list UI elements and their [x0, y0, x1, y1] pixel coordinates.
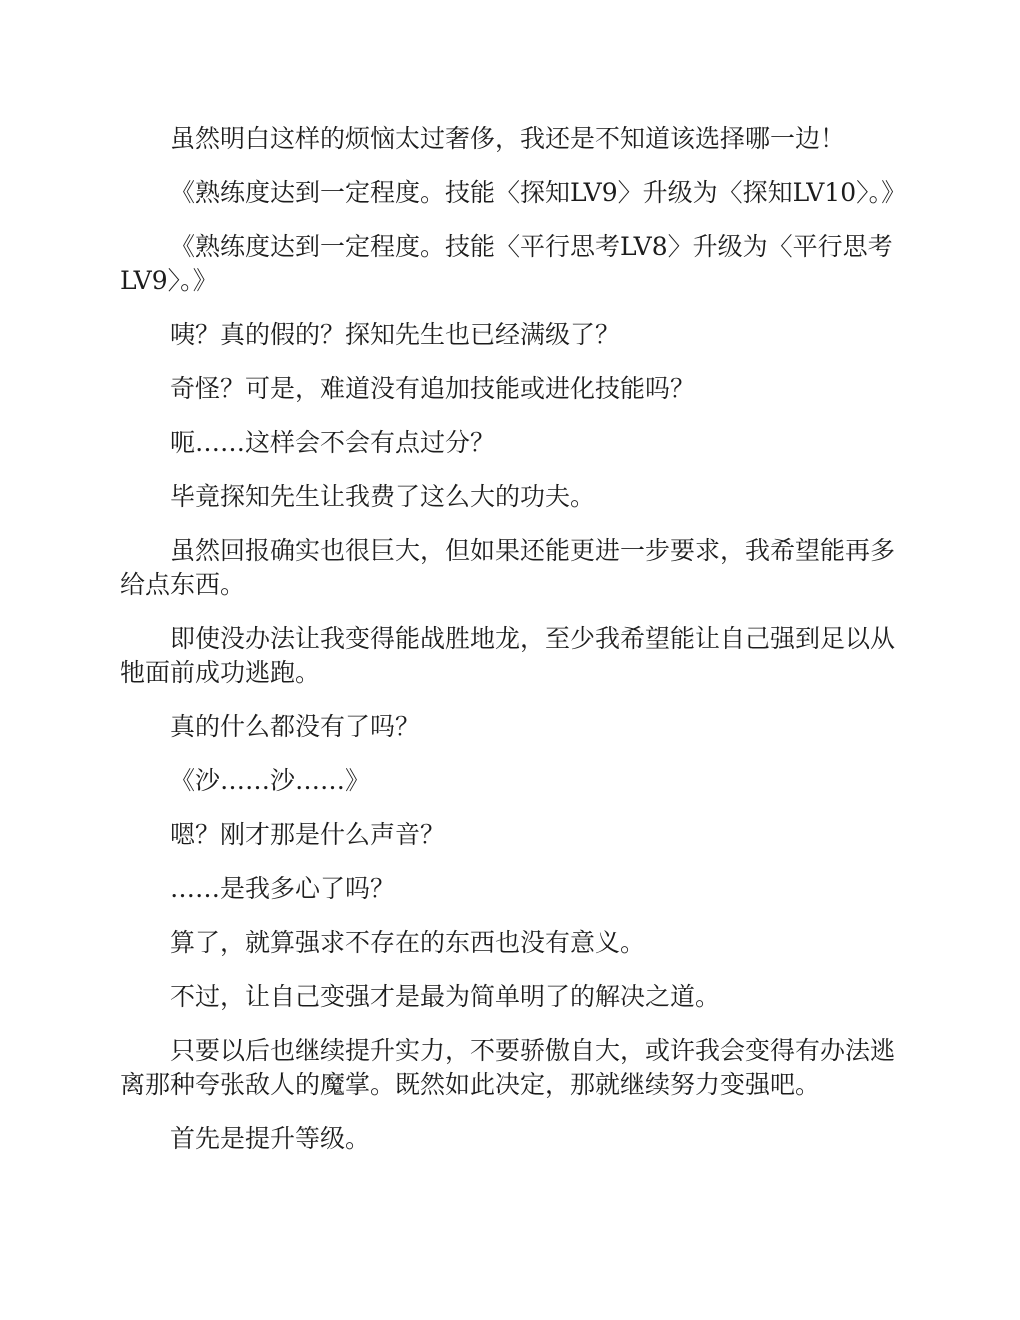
paragraph: 毕竟探知先生让我费了这么大的功夫。	[120, 480, 900, 514]
paragraph: 首先是提升等级。	[120, 1122, 900, 1156]
paragraph: 嗯？刚才那是什么声音？	[120, 818, 900, 852]
paragraph: 虽然回报确实也很巨大，但如果还能更进一步要求，我希望能再多给点东西。	[120, 534, 900, 602]
paragraph: 虽然明白这样的烦恼太过奢侈，我还是不知道该选择哪一边！	[120, 122, 900, 156]
paragraph: 咦？真的假的？探知先生也已经满级了？	[120, 318, 900, 352]
paragraph: 即使没办法让我变得能战胜地龙，至少我希望能让自己强到足以从牠面前成功逃跑。	[120, 622, 900, 690]
text-content: 虽然明白这样的烦恼太过奢侈，我还是不知道该选择哪一边！ 《熟练度达到一定程度。技…	[0, 0, 1020, 1156]
paragraph: 真的什么都没有了吗？	[120, 710, 900, 744]
paragraph: 奇怪？可是，难道没有追加技能或进化技能吗？	[120, 372, 900, 406]
paragraph: 只要以后也继续提升实力，不要骄傲自大，或许我会变得有办法逃离那种夸张敌人的魔掌。…	[120, 1034, 900, 1102]
paragraph: 《沙……沙……》	[120, 764, 900, 798]
paragraph: 《熟练度达到一定程度。技能〈平行思考LV8〉升级为〈平行思考LV9〉。》	[120, 230, 900, 298]
paragraph: 不过，让自己变强才是最为简单明了的解决之道。	[120, 980, 900, 1014]
paragraph: 《熟练度达到一定程度。技能〈探知LV9〉升级为〈探知LV10〉。》	[120, 176, 900, 210]
paragraph: 算了，就算强求不存在的东西也没有意义。	[120, 926, 900, 960]
document-page: 虽然明白这样的烦恼太过奢侈，我还是不知道该选择哪一边！ 《熟练度达到一定程度。技…	[0, 0, 1020, 1320]
paragraph: 呃……这样会不会有点过分？	[120, 426, 900, 460]
paragraph: ……是我多心了吗？	[120, 872, 900, 906]
